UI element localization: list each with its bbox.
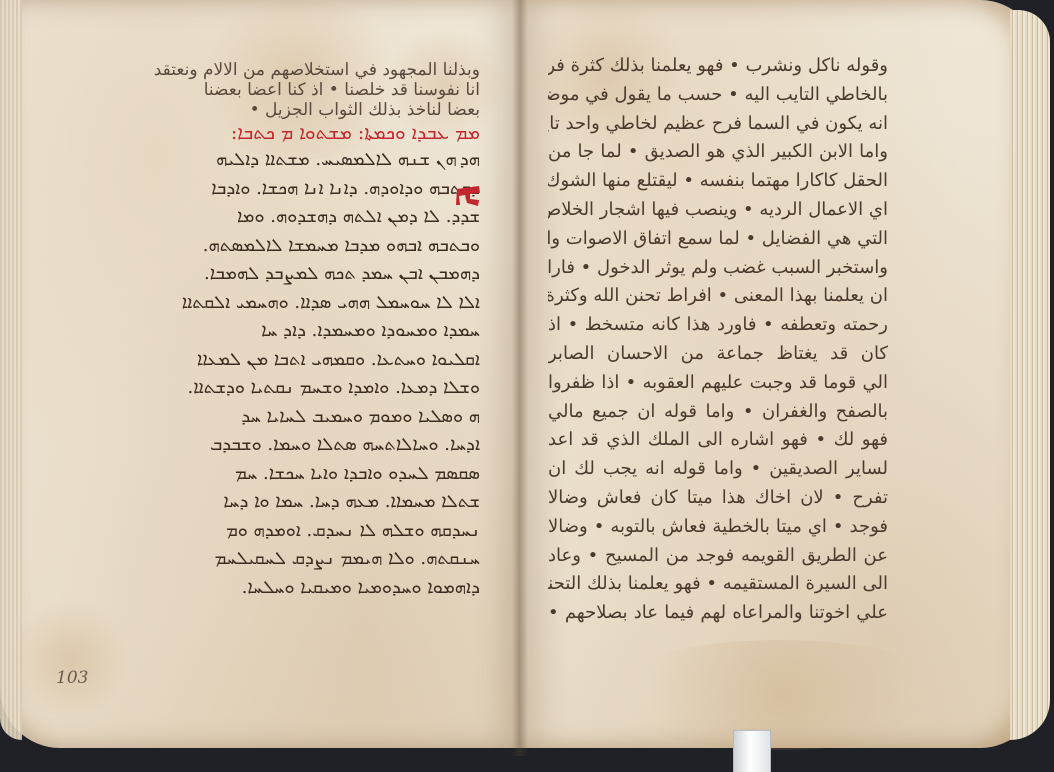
syriac-line: ܘܒܬܒܗ ܐܒܗܘ ܡܕܒܐ ܡܚܡܫܐ ܠܐܠܡܣܬܗ. [100,232,480,261]
arabic-line: الي قوما قد وجبت عليهم العقوبه • اذا ظفر… [548,369,888,398]
syriac-line: ܚܢܩܬܗ. ܘܠܐ ܗܝܡܡ ܢܨܕܩ ܠܚܩܝܠܚܡ [100,545,480,574]
arabic-line: بالخاطي التايب اليه • حسب ما يقول في موض… [548,81,888,110]
syriac-line: ܐܠܐ ܠܐ ܚܘܚܡܠ ܗܗܝ ܣܕܐܐ. ܘܗܚܡܝ ܐܠܩܬܐܐ [100,289,480,318]
arabic-line: واستخبر السبب غضب ولم يوثر الدخول • فارا… [548,254,888,283]
arabic-line: الحقل كاكارا مهتما بنفسه • ليقتلع منها ا… [548,167,888,196]
left-page-text: وبذلنا المجهود في استخلاصهم من الالام ون… [100,60,480,602]
syriac-line: ܐܩܠܝܘܐ ܘܚܬܥܐ. ܘܩܡܗܝ ܐܬܒܐ ܡܢ ܠܡܥܐܐ [100,346,480,375]
red-rubric: ܡܡ ܥܒܕܐ ܘܟܡܬܐ: ܡܫܬܘܐ ܡ ܟܬܒܐ: [100,120,480,146]
syriac-line: ܗ ܘܣܠܝܐ ܘܡܘܡ ܘܚܡܝܒ ܠܚܐܝܐ ܚܕ [100,403,480,432]
arabic-line: رحمته وتعطفه • فاورد هذا كانه متسخط • اذ [548,311,888,340]
syriac-line: ܫܕܕ. ܠܐ ܕܡܢ ܐܠܬܗ ܕܗܫܕܘܗ. ܘܡܐ [100,203,480,232]
syriac-line: ܕܒܬܒܗ ܘܕܐܘܕܗ. ܕܐܢܐ ܐܢܐ ܗܟܫܐ. ܘܐܕܒܐ [100,175,480,204]
syriac-line: ܢܚܕܩܗ ܘܫܠܗ ܠܐ ܢܚܕܩ. ܐܘܡܕܗ ܘܡ [100,517,480,546]
red-initial-letter-icon [455,185,481,207]
bookmark-tab [733,730,771,772]
arabic-line: اي الاعمال الرديه • وينصب فيها اشجار الخ… [548,196,888,225]
arabic-line: عن الطريق القويمه فوجد من المسيح • وعاد [548,542,888,571]
arabic-line: علي اخوتنا والمراعاه لهم فيما عاد بصلاحه… [548,599,888,628]
folio-number: 103 [56,668,88,688]
arabic-line: فهو لك • فهو اشاره الى الملك الذي قد اعد [548,426,888,455]
water-stain [10,600,130,720]
arabic-line: ان يعلمنا بهذا المعنى • افراط تحنن الله … [548,282,888,311]
water-stain [600,640,960,750]
syriac-line: ܗܕ ܗܢ ܫܢܗ ܠܐܠܡܣܝܚ. ܡܫܬܐܐ ܕܐܠܝܗ [100,146,480,175]
syriac-line: ܐܕܚܐ. ܘܚܐܠܐܬܚܗ ܣܬܠܐ ܘܚܡܐ. ܘܫܒܕܒ [100,431,480,460]
arabic-line: بعضا لناخذ بذلك الثواب الجزيل • [100,100,480,120]
arabic-line: لساير الصديقين • واما قوله انه يجب لك ان [548,455,888,484]
arabic-line: كان قد يغتاظ جماعة من الاحسان الصابر [548,340,888,369]
arabic-line: وبذلنا المجهود في استخلاصهم من الالام ون… [100,60,480,80]
arabic-line: التي هي الفضايل • لما سمع اتفاق الاصوات … [548,225,888,254]
syriac-line: ܕܐܗܡܘܐ ܘܚܕܘܡܝܐ ܘܡܝܩܝܐ ܘܚܠܚܐ. [100,574,480,603]
syriac-line: ܣܩܣܡ ܠܚܕܘ ܘܐܒܕܐ ܘܐܝܐ ܚܟܫܐ. ܚܡ [100,460,480,489]
syriac-line: ܫܬܠܐ ܡܚܡܐܐ. ܡܥܗ ܕܚܐ. ܚܡܐ ܘܐ ܕܚܐ [100,488,480,517]
arabic-line: واما الابن الكبير الذي هو الصديق • لما ج… [548,138,888,167]
syriac-line: ܚܡܕܐ ܘܡܚܘܕܐ ܘܡܚܡܕܐ. ܕܐܕ ܚܐ [100,317,480,346]
page-edges-right [1010,10,1050,740]
arabic-line: فوجد • اي ميتا بالخطية فعاش بالتوبه • وض… [548,513,888,542]
arabic-line: تفرح • لان اخاك هذا ميتا كان فعاش وضالا [548,484,888,513]
syriac-line: ܘܫܠܐ ܕܡܥܐ. ܘܐܡܕܐ ܘܫܚܡ ܢܩܬܝܐ ܘܕܫܬܐܐ. [100,374,480,403]
syriac-line: ܕܗܡܒܢ ܐܒܢ ܚܡܕ ܬܟܗ ܠܡܨܒܕ ܠܗܡܒܐ. [100,260,480,289]
right-page-text: وقوله ناكل ونشرب • فهو يعلمنا بذلك كثرة … [548,52,888,628]
manuscript-photo: وبذلنا المجهود في استخلاصهم من الالام ون… [0,0,1054,772]
arabic-line: انا نفوسنا قد خلصنا • اذ كنا اعضا بعضنا [100,80,480,100]
arabic-line: انه يكون في السما فرح عظيم لخاطي واحد تا… [548,110,888,139]
arabic-line: الى السيرة المستقيمه • فهو يعلمنا بذلك ا… [548,570,888,599]
arabic-line: وقوله ناكل ونشرب • فهو يعلمنا بذلك كثرة … [548,52,888,81]
book-gutter [512,0,528,756]
arabic-line: بالصفح والغفران • واما قوله ان جميع مالي [548,398,888,427]
